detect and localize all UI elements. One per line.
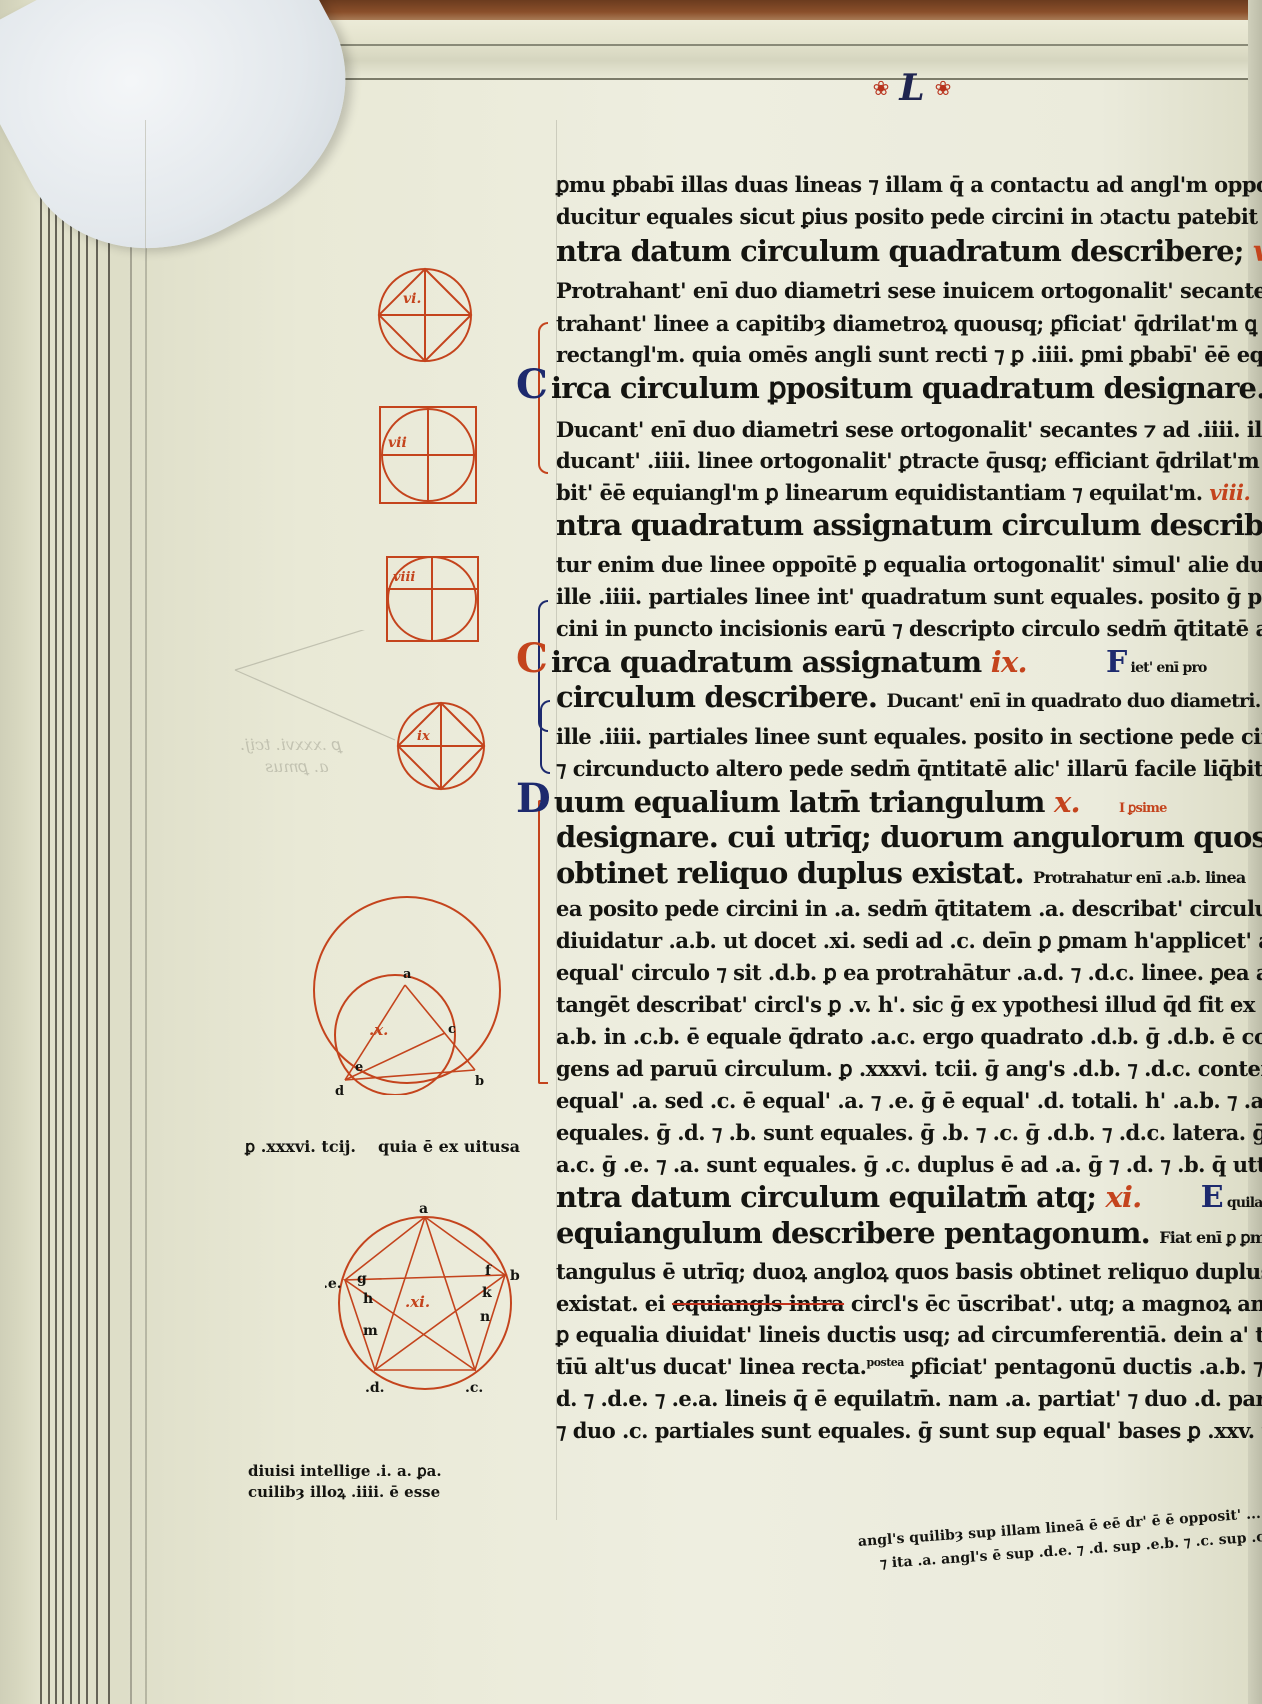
diagram-x-triangle-circles: .x. a b c d e [305, 885, 515, 1095]
text-line: equales. ḡ .d. ⁊ .b. sunt equales. ḡ .b.… [556, 1120, 1262, 1145]
blue-bracket-flourish [540, 700, 550, 774]
rubric-number: vi. [1253, 234, 1262, 268]
text-line: rectangl'm. quia omēs angli sunt recti ⁊… [556, 342, 1262, 367]
interlinear-gloss: postea [867, 1356, 904, 1369]
diagram-label: .x. [369, 1021, 388, 1039]
stacked-page-edges [0, 110, 150, 1704]
text-line: gens ad paruū circulum. ꝑ .xxxvi. tcii. … [556, 1056, 1262, 1081]
text-line: diuidatur .a.b. ut docet .xi. sedi ad .c… [556, 928, 1262, 953]
svg-text:b: b [475, 1074, 484, 1089]
diagram-vii-square-around-circle: vii [378, 405, 478, 505]
svg-text:g: g [357, 1271, 367, 1287]
illuminated-initial: F [1106, 648, 1127, 678]
text-line: d. ⁊ .d.e. ⁊ .e.a. lineis q̄ ē equilatm̄… [556, 1386, 1262, 1411]
text-line: bit' ēē equiangl'm ꝑ linearum equidistan… [556, 480, 1250, 505]
text-line: tīū alt'us ducat' linea recta.postea ꝑfi… [556, 1354, 1262, 1379]
text-line: a.b. in .c.b. ē equale q̄drato .a.c. erg… [556, 1024, 1262, 1049]
svg-text:.e.: .e. [325, 1276, 342, 1292]
section-heading: ntra datum circulum quadratum describere… [556, 234, 1262, 268]
svg-text:n: n [480, 1309, 490, 1325]
illuminated-initial: D [516, 784, 550, 814]
struck-text: equiangls intra [672, 1291, 844, 1316]
section-heading: designare. cui utrīq; duorum angulorum q… [556, 820, 1262, 854]
section-heading: ntra quadratum assignatum circulum descr… [556, 508, 1262, 542]
margin-note: quia ē ex uitusa [378, 1137, 520, 1156]
margin-note: diuisi intellige .i. a. ꝑa. [248, 1462, 442, 1480]
text-line: Ducant' enī duo diametri sese ortogonali… [556, 416, 1262, 444]
text-line: ⁊ duo .c. partiales sunt equales. ḡ sunt… [556, 1418, 1262, 1443]
text-line: ille .iiii. partiales linee sunt equales… [556, 724, 1262, 749]
ruling-line [145, 120, 146, 1540]
text-line: trahant' linee a capitibȝ diametroꝝ quou… [556, 310, 1257, 338]
text-line: tangulus ē utrīq; duoꝝ angloꝝ quos basis… [556, 1258, 1262, 1286]
text-line: Protrahant' enī duo diametri sese inuice… [556, 278, 1262, 303]
section-heading: obtinet reliquo duplus existat. Protraha… [556, 856, 1245, 890]
rubric-number: viii. [1209, 480, 1250, 505]
diagram-label: viii [393, 570, 415, 585]
svg-text:h: h [363, 1291, 373, 1307]
rubric-number: xi. [1105, 1180, 1141, 1214]
svg-text:e: e [355, 1060, 363, 1075]
rubric-number: ix. [991, 645, 1027, 679]
svg-text:a: a [419, 1201, 428, 1217]
illuminated-initial: E [1201, 1183, 1223, 1213]
svg-text:a: a [403, 967, 412, 982]
svg-text:m: m [363, 1323, 378, 1339]
svg-text:k: k [482, 1285, 492, 1301]
text-line: equal' .a. sed .c. ē equal' .a. ⁊ .e. ḡ … [556, 1088, 1262, 1113]
quatrefoil-ornament-icon: ❀ [873, 78, 890, 98]
quatrefoil-ornament-icon: ❀ [935, 78, 952, 98]
svg-text:d: d [335, 1084, 344, 1095]
section-heading: Circa circulum ꝑpositum quadratum design… [516, 370, 1262, 405]
svg-text:.c.: .c. [465, 1380, 483, 1395]
rubric-number: x. [1054, 785, 1080, 819]
book-cradle-wood [240, 0, 1262, 20]
text-line: ꝑ equalia diuidat' lineis ductis usq; ad… [556, 1322, 1262, 1347]
text-line: ꝑmu ꝑbabī illas duas lineas ⁊ illam q̄ a… [556, 172, 1262, 197]
folio-letter: L [899, 67, 924, 109]
manuscript-photo: ❀ L ❀ ꝑmu ꝑbabī illas duas lineas ⁊ illa… [0, 0, 1262, 1704]
diagram-label: vi. [403, 291, 421, 307]
diagram-xi-pentagram-in-circle: .xi. a b .c. .d. .e. f g h k m n [325, 1195, 525, 1395]
text-line: ea posito pede circini in .a. sedm̄ q̄ti… [556, 896, 1262, 921]
text-line: ducitur equales sicut ꝑius posito pede c… [556, 204, 1262, 229]
text-line: tangēt describat' circl's ꝑ .v. h'. sic … [556, 992, 1262, 1017]
section-heading: ntra datum circulum equilatm̄ atq; xi. E… [556, 1180, 1262, 1214]
text-line: ⁊ circunducto altero pede sedm̄ q̄ntitat… [556, 756, 1262, 781]
svg-text:.d.: .d. [365, 1380, 385, 1395]
section-heading: equiangulum describere pentagonum. Fiat … [556, 1216, 1262, 1250]
svg-text:b: b [510, 1268, 520, 1284]
illuminated-initial: C [516, 370, 547, 400]
diagram-ix-circle-around-square: ix [395, 700, 487, 792]
svg-text:c: c [448, 1022, 456, 1037]
diagram-vi-square-in-circle: vi. [375, 265, 475, 365]
folio-mark: ❀ L ❀ [862, 68, 962, 108]
text-line: a.c. ḡ .e. ⁊ .a. sunt equales. ḡ .c. dup… [556, 1152, 1262, 1177]
diagram-label: vii [388, 435, 407, 451]
illuminated-initial: C [516, 644, 547, 674]
margin-note-reference: ꝑ .xxxvi. tcij. [245, 1137, 356, 1156]
section-heading: circulum describere. Ducant' enī in quad… [556, 680, 1261, 714]
section-heading: Duum equalium latm̄ triangulum x. I ꝑsim… [516, 784, 1167, 819]
svg-text:f: f [485, 1263, 492, 1279]
margin-note: cuilibȝ illoꝝ .iiii. ē esse [248, 1482, 440, 1502]
page-top-edge [240, 20, 1262, 80]
diagram-label: ix [417, 729, 430, 744]
text-line: ducant' .iiii. linee ortogonalit' ꝑtract… [556, 448, 1262, 473]
diagram-label: .xi. [405, 1293, 430, 1311]
text-line: tur enim due linee oppoītē ꝑ equalia ort… [556, 552, 1262, 577]
section-heading: Circa quadratum assignatum ix. Fiet' enī… [516, 644, 1207, 679]
red-bracket-flourish [538, 800, 548, 1084]
text-line: cini in puncto incisionis earū ⁊ descrip… [556, 616, 1262, 641]
text-line: ille .iiii. partiales linee int' quadrat… [556, 584, 1262, 609]
text-line: equal' circulo ⁊ sit .d.b. ꝑ ea protrahā… [556, 960, 1262, 985]
text-line: existat. ei equiangls intra circl's ēc ū… [556, 1290, 1262, 1318]
